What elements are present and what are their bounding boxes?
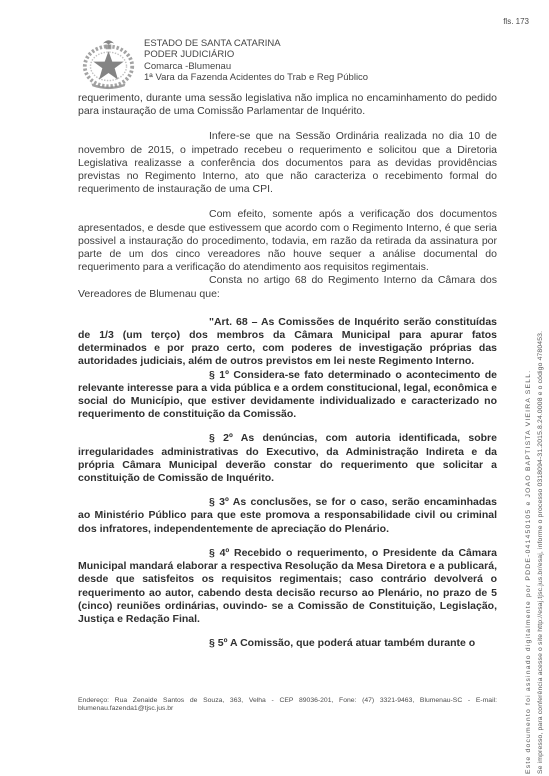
- document-body: requerimento, durante uma sessão legisla…: [78, 92, 497, 650]
- body-paragraph: Consta no artigo 68 do Regimento Interno…: [78, 274, 497, 300]
- header-line-comarca: Comarca -Blumenau: [144, 61, 368, 72]
- body-paragraph: Com efeito, somente após a verificação d…: [78, 208, 497, 274]
- santa-catarina-coat-of-arms-icon: [80, 36, 137, 91]
- quote-paragraph-par1: § 1º Considera-se fato determinado o aco…: [78, 369, 497, 422]
- body-paragraph: requerimento, durante uma sessão legisla…: [78, 92, 497, 118]
- digital-signature-note: Este documento foi assinado digitalmente…: [524, 14, 533, 776]
- letterhead: ESTADO DE SANTA CATARINA PODER JUDICIÁRI…: [80, 36, 368, 91]
- regiment-quote-block: "Art. 68 – As Comissões de Inquérito ser…: [78, 316, 497, 650]
- body-paragraph: Infere-se que na Sessão Ordinária realiz…: [78, 130, 497, 196]
- header-line-vara: 1ª Vara da Fazenda Acidentes do Trab e R…: [144, 72, 368, 83]
- verification-instructions-note: Se impresso, para conferência acesse o s…: [536, 14, 545, 776]
- quote-paragraph-par4: § 4º Recebido o requerimento, o Presiden…: [78, 547, 497, 626]
- footer-address-line: Endereço: Rua Zenaide Santos de Souza, 3…: [78, 697, 497, 705]
- quote-paragraph-par3: § 3º As conclusões, se for o caso, serão…: [78, 496, 497, 536]
- court-identification: ESTADO DE SANTA CATARINA PODER JUDICIÁRI…: [144, 36, 368, 91]
- header-line-state: ESTADO DE SANTA CATARINA: [144, 38, 368, 49]
- document-page: fls. 173 ESTADO DE SANTA CATARINA PODER …: [0, 0, 549, 776]
- footer-email-line: blumenau.fazenda1@tjsc.jus.br: [78, 705, 497, 713]
- quote-paragraph-par5: § 5º A Comissão, que poderá atuar também…: [78, 637, 497, 650]
- court-address-footer: Endereço: Rua Zenaide Santos de Souza, 3…: [78, 697, 497, 713]
- quote-paragraph-par2: § 2º As denúncias, com autoria identific…: [78, 432, 497, 485]
- quote-paragraph-art68: "Art. 68 – As Comissões de Inquérito ser…: [78, 316, 497, 369]
- header-line-branch: PODER JUDICIÁRIO: [144, 49, 368, 60]
